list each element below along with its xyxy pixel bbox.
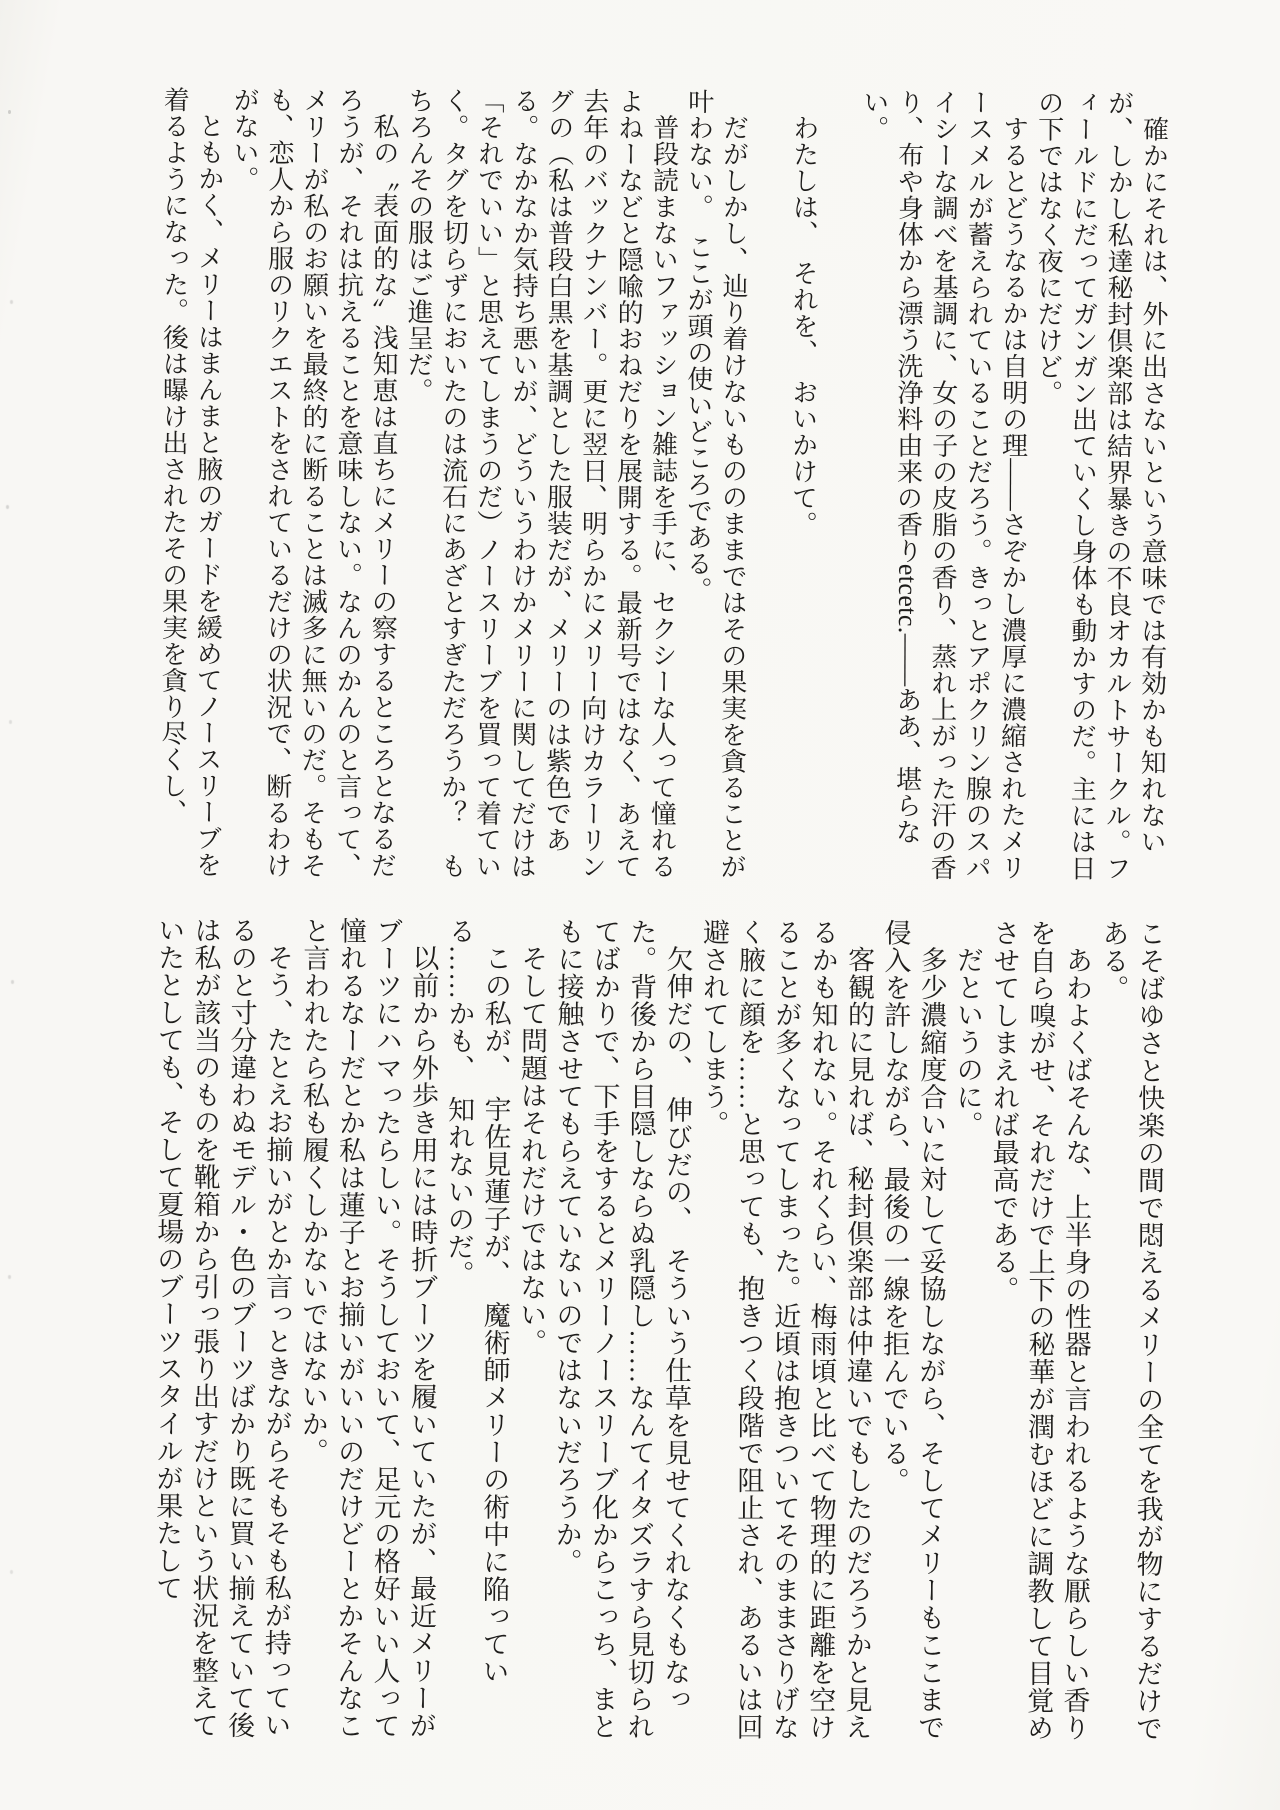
scan-dust-specks [8, 110, 11, 114]
paragraph: わたしは、 それを、 おいかけて。 [783, 88, 821, 890]
paragraph: 多少濃縮度合いに対して妥協しながら、そしてメリーもここまで侵入を許しながら、最後… [875, 919, 951, 1765]
paragraph: 普段読まないファッション雑誌を手に、セクシーな人って憧れるよねーなどと隠喩的おね… [399, 87, 682, 890]
paragraph: あわよくばそんな、上半身の性器と言われるような厭らしい香りを自ら嗅がせ、それだけ… [984, 919, 1096, 1765]
scanned-novel-page: 確かにそれは、外に出さないという意味では有効かも知れないが、しかし私達秘封倶楽部… [0, 0, 1280, 1810]
paragraph: こそばゆさと快楽の間で悶えるメリーの全てを我が物にするだけである。 [1092, 920, 1168, 1766]
paragraph: 以前から外歩き用には時折ブーツを履いていたが、最近メリーがブーツにハマったらしい… [294, 917, 442, 1764]
paragraph: そして問題はそれだけではない。 [511, 917, 550, 1763]
paragraph: だというのに。 [947, 919, 986, 1765]
text-block-bottom: こそばゆさと快楽の間で悶えるメリーの全てを我が物にするだけである。 あわよくばそ… [148, 916, 1168, 1766]
paragraph: 確かにそれは、外に出さないという意味では有効かも知れないが、しかし私達秘封倶楽部… [1028, 89, 1171, 891]
paragraph: 私の〝表面的な〟浅知恵は直ちにメリーの察するところとなるだろうが、それは抗えるこ… [224, 86, 402, 889]
paragraph: 客観的に見れば、秘封倶楽部は仲違いでもしたのだろうかと見えるかも知れない。それく… [693, 918, 878, 1765]
page-content: 確かにそれは、外に出さないという意味では有効かも知れないが、しかし私達秘封倶楽部… [148, 86, 1171, 1766]
paragraph: するとどうなるかは自明の理――さぞかし濃厚に濃縮されたメリースメルが蓄えられてい… [853, 89, 1031, 892]
paragraph: ともかく、メリーはまんまと腋のガードを緩めてノースリーブを着るようになった。後は… [154, 86, 227, 888]
paragraph: だがしかし、辿り着けないもののままではその果実を貪ることが叶わない。 ここが頭の… [678, 88, 751, 890]
paragraph: そう、たとえお揃いがとか言っときながらそもそも私が持っているのと寸分違わぬモデル… [148, 916, 296, 1763]
text-block-top: 確かにそれは、外に出さないという意味では有効かも知れないが、しかし私達秘封倶楽部… [154, 86, 1171, 892]
paragraph: この私が、 宇佐見蓮子が、 魔術師メリーの術中に陥っている……かも、 知れないの… [439, 917, 515, 1763]
paragraph: 欠伸だの、 伸びだの、 そういう仕草を見せてくれなくもなった。背後から目隠しなら… [548, 918, 696, 1765]
